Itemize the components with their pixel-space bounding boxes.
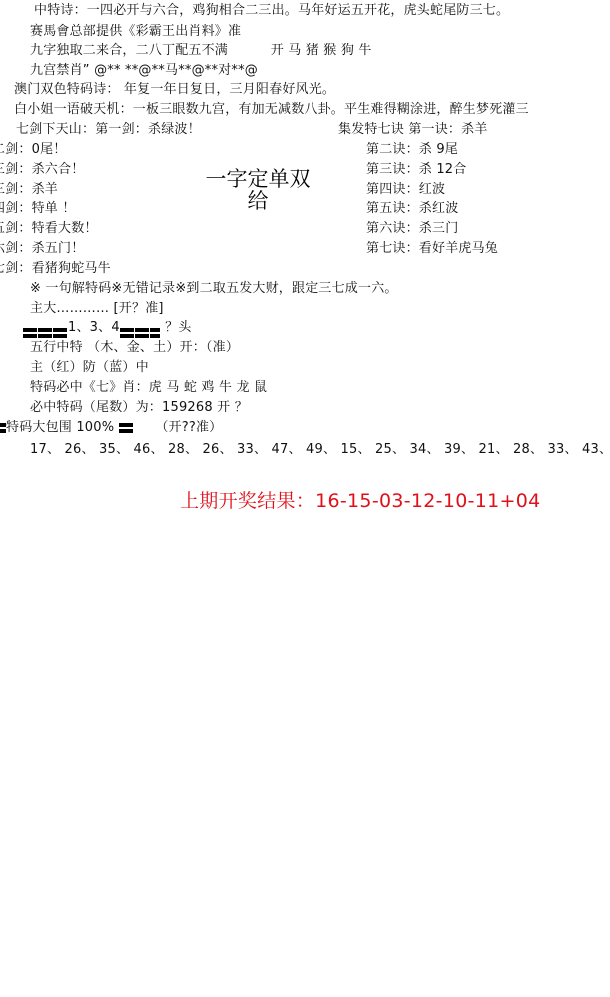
tail-numbers-line: 必中特码（尾数）为：159268 开 ？ — [30, 400, 248, 416]
center-title-line2: 给 — [198, 190, 318, 212]
number: 49 — [306, 442, 323, 457]
number: 17 — [30, 442, 47, 457]
sword-item: 五剑：特看大数！ — [0, 221, 98, 237]
last-result-value: 16-15-03-12-10-11+04 — [315, 490, 540, 512]
last-result: 上期开奖结果：16-15-03-12-10-11+04 — [180, 489, 541, 513]
seven-decisions-header: 集发特七诀 第一诀：杀羊 — [338, 122, 488, 138]
bar-decoration-icon — [119, 423, 133, 427]
decision-item: 第六诀：杀三门 — [366, 221, 458, 237]
nine-word-zodiacs: 开 马 猪 猴 狗 牛 — [271, 43, 372, 58]
number: 33 — [237, 442, 254, 457]
main-big-line: 主大………… [开？准] — [30, 301, 164, 317]
seven-zodiac-line: 特码必中《七》肖：虎 马 蛇 鸡 牛 龙 鼠 — [30, 380, 267, 396]
head-numbers: 1、3、4 — [68, 320, 120, 335]
number: 35 — [99, 442, 116, 457]
number: 39 — [444, 442, 461, 457]
number: 28 — [168, 442, 185, 457]
number: 34 — [410, 442, 427, 457]
number-list: 17、 26、 35、 46、 28、 26、 33、 47、 49、 15、 … — [30, 442, 610, 458]
sword-item: 六剑：杀五门！ — [0, 241, 84, 257]
seven-swords-header: 七剑下天山：第一剑：杀绿波！ — [16, 122, 201, 138]
number: 26 — [203, 442, 220, 457]
one-sentence-line: ※ 一句解特码※无错记录※到二取五发大财，跟定三七成一六。 — [30, 281, 398, 297]
big-wrap-label: 特码大包围 100% — [6, 420, 114, 435]
number: 46 — [134, 442, 151, 457]
number: 43 — [582, 442, 599, 457]
head-line: 1、3、4 ？头 — [23, 320, 192, 336]
nine-word-line: 九字独取二来合，二八丁配五不满 开 马 猪 猴 狗 牛 — [30, 43, 372, 59]
nine-word-label: 九字独取二来合，二八丁配五不满 — [30, 43, 228, 58]
sword-item: 三剑：杀羊 — [0, 182, 58, 198]
big-wrap-suffix: （开??准） — [155, 420, 222, 435]
provider-line: 赛馬會总部提供《彩霸王出肖料》准 — [30, 24, 241, 40]
center-title: 一字定单双 给 — [198, 168, 318, 212]
number: 26 — [65, 442, 82, 457]
decision-item: 第七诀：看好羊虎马兔 — [366, 241, 498, 257]
main-color-line: 主（红）防（蓝）中 — [30, 360, 149, 376]
bar-decoration-icon — [120, 321, 161, 332]
last-result-label: 上期开奖结果： — [180, 490, 315, 512]
decision-item: 第四诀：红波 — [366, 182, 445, 198]
five-elements-line: 五行中特 （木、金、土）开：（准） — [30, 340, 239, 356]
center-title-line1: 一字定单双 — [198, 168, 318, 190]
number: 21 — [479, 442, 496, 457]
nine-palace-line: 九宫禁肖” @** **@**马**@**对**@ — [30, 63, 258, 79]
big-wrap-line: 特码大包围 100% （开??准） — [0, 420, 222, 436]
number: 25 — [375, 442, 392, 457]
decision-item: 第五诀：杀红波 — [366, 201, 458, 217]
number: 28 — [513, 442, 530, 457]
decision-item: 第三诀：杀 12合 — [366, 162, 466, 178]
decision-item: 第二诀：杀 9尾 — [366, 142, 458, 158]
macau-poem: 澳门双色特码诗： 年复一年日复日，三月阳春好风光。 — [14, 82, 335, 98]
bar-decoration-icon — [23, 321, 68, 332]
number: 47 — [272, 442, 289, 457]
sword-item: 三剑：杀六合！ — [0, 162, 84, 178]
special-poem: 中特诗：一四必开与六合，鸡狗相合二三出。马年好运五开花，虎头蛇尾防三七。 — [34, 3, 509, 19]
sword-item: 二剑：0尾！ — [0, 142, 66, 158]
sword-item: 七剑：看猪狗蛇马牛 — [0, 261, 111, 277]
head-suffix: ？头 — [165, 320, 191, 335]
miss-bai-line: 白小姐一语破天机：一板三眼数九宫，有加无减数八卦。平生难得糊涂进，醉生梦死灌三 — [14, 102, 529, 118]
sword-item: 四剑：特单 ！ — [0, 201, 76, 217]
number: 33 — [548, 442, 565, 457]
number: 15 — [341, 442, 358, 457]
